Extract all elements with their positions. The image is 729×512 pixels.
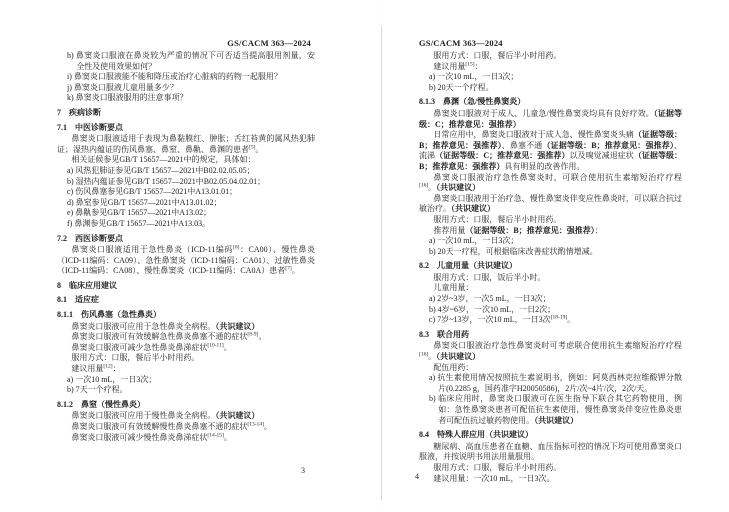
page-number: 4 [415, 472, 419, 481]
text-line: c) 伤风鼻塞参见GB/T 15657—2021中A13.01.01； [57, 187, 315, 198]
text-segment: 鼻窦炎口服液对于成人、儿童急/慢性鼻窦炎均具有良好疗效。 [433, 109, 653, 118]
text-segment: 。 [428, 183, 436, 192]
text-line: 建议用量[15]： [419, 62, 682, 73]
text-line: 鼻窦炎口服液适用于表现为鼻黏膜红、肿胀；舌红苔黄的属风热犯肺证；湿热内蕴证的伤风… [57, 134, 315, 155]
text-segment: i) 鼻窦炎口服液能不能和降压或治疗心脏病的药物一起服用？ [67, 72, 282, 81]
text-segment: （共识建议） [436, 183, 480, 192]
text-segment: 糖尿病、高血压患者在血糖、血压指标可控的情况下均可使用鼻窦炎口服液，并按说明书用… [419, 442, 682, 462]
text-line: 服用方式：口服，餐后半小时用药。 [57, 353, 315, 364]
reference-superscript: [13-14] [247, 421, 264, 427]
text-segment: 鼻窦炎口服液可应用于急性鼻炎全病程。 [71, 322, 215, 331]
text-line: b) 临床应用时，鼻窦炎口服液可在医生指导下联合其它药物使用，例如：急性鼻窦炎患… [419, 394, 682, 426]
text-segment: （共识建议） [215, 411, 259, 420]
text-segment: 7.1 中医诊断要点 [57, 123, 123, 132]
text-segment: b) 湿热内蕴证参见GB/T 15657—2021中B02.05.04.02.0… [67, 177, 265, 186]
section-heading: 8.1.1 伤风鼻塞（急性鼻炎） [57, 310, 315, 321]
text-line: a) 抗生素使用情况按照抗生素说明书，例如：阿莫西林克拉维酸钾分散片(0.228… [419, 373, 682, 394]
text-segment: c) 伤风鼻塞参见GB/T 15657—2021中A13.01.01； [67, 187, 237, 196]
text-line: b) 20天一疗程，可根据临床改善症状酌情增减。 [419, 247, 682, 258]
text-segment: 8.1.3 鼻渊（急/慢性鼻窦炎） [419, 97, 525, 106]
text-segment: 以及嗅觉减退症状 [570, 151, 634, 160]
text-segment: 8.3 联合用药 [419, 330, 469, 339]
text-segment: 服用方式：口服，餐后半小时用药。 [433, 215, 561, 224]
text-segment: 相关证候参见GB/T 15657—2021中的规定，具体如： [71, 155, 255, 164]
text-segment: 具有明显的改善作用。 [504, 162, 584, 171]
text-segment: a) 一次10 mL，一日3次； [67, 375, 156, 384]
reference-superscript: [14-15] [207, 432, 224, 438]
text-segment: 7 疾病诊断 [57, 108, 101, 117]
text-segment: 服用方式：口服，餐后半小时用药。 [433, 463, 561, 472]
section-heading: 8.4 特殊人群应用（共识建议） [419, 430, 682, 441]
text-line: h) 鼻窦炎口服液在鼻炎较为严重的情况下可否适当提高服用剂量，安全性及使用效果如… [57, 51, 315, 72]
text-line: 服用方式：口服，饭后半小时。 [419, 273, 682, 284]
text-line: 日常应用中，鼻窦炎口服液对于成人急、慢性鼻窦炎头痛（证据等级：B；推荐意见：强推… [419, 130, 682, 172]
text-segment: （证据等级：C；推荐意见：强推荐） [435, 151, 569, 160]
text-segment: h) 鼻窦炎口服液在鼻炎较为严重的情况下可否适当提高服用剂量，安全性及使用效果如… [67, 51, 315, 71]
text-line: 相关证候参见GB/T 15657—2021中的规定，具体如： [57, 155, 315, 166]
text-line: 鼻窦炎口服液治疗急性鼻窦炎时可考虑联合使用抗生素缩短治疗疗程[16]。（共识建议… [419, 341, 682, 362]
text-line: c) 7岁~13岁，一次10 mL，一日3次[18-19]。 [419, 315, 682, 326]
text-segment: 。 [428, 352, 436, 361]
text-segment: 服用方式：口服，餐后半小时用药。 [71, 353, 199, 362]
text-line: 配伍用药： [419, 363, 682, 374]
section-heading: 7 疾病诊断 [57, 108, 315, 119]
text-segment: （证据等级：B；推荐意见：强推荐） [542, 141, 674, 150]
reference-superscript: [16] [419, 182, 428, 188]
text-segment: 。 [258, 332, 266, 341]
text-segment: （共识建议） [534, 416, 578, 425]
text-line: d) 鼻窒参见GB/T 15657—2021中A13.01.02； [57, 198, 315, 209]
text-segment: （共识建议） [436, 352, 480, 361]
text-segment: 建议用量 [433, 62, 465, 71]
reference-superscript: [18-19] [551, 315, 568, 321]
text-segment: 日常应用中，鼻窦炎口服液对于成人急、慢性鼻窦炎头痛 [433, 130, 634, 139]
running-header: GS/CACM 363—2024 [382, 38, 729, 48]
text-segment: 。 [292, 266, 300, 275]
text-line: a) 风热犯肺证参见GB/T 15657—2021中B02.02.05.05； [57, 166, 315, 177]
section-heading: 7.1 中医诊断要点 [57, 123, 315, 134]
text-line: k) 鼻窦炎口服液服用的注意事项？ [57, 93, 315, 104]
reference-superscript: [12] [103, 363, 112, 369]
page-number: 3 [301, 466, 305, 475]
text-line: 建议用量：一次10 mL，一日3次。 [419, 474, 682, 485]
text-segment: 。 [567, 315, 575, 324]
text-line: b) 20天一个疗程。 [419, 83, 682, 94]
reference-superscript: [15] [465, 61, 474, 67]
text-segment: 、鼻塞不通 [502, 141, 543, 150]
text-segment: 8.2 儿童用量（共识建议） [419, 261, 517, 270]
text-line: a) 2岁~3岁，一次5 mL，一日3次； [419, 294, 682, 305]
running-header: GS/CACM 363—2024 [0, 38, 381, 48]
text-segment: b) 4岁~6岁，一次10 mL，一日2次； [429, 305, 555, 314]
text-segment: ： [595, 226, 603, 235]
text-line: 鼻窦炎口服液可应用于慢性鼻炎全病程。（共识建议） [57, 411, 315, 422]
text-segment: （证据等级：B；推荐意见：强推荐） [465, 226, 594, 235]
text-line: i) 鼻窦炎口服液能不能和降压或治疗心脏病的药物一起服用？ [57, 72, 315, 83]
document-viewer: { "document": { "code": "GS/CACM 363—202… [0, 0, 729, 512]
text-segment: 配伍用药： [433, 363, 473, 372]
text-segment: 。 [224, 433, 232, 442]
text-line: 糖尿病、高血压患者在血糖、血压指标可控的情况下均可使用鼻窦炎口服液，并按说明书用… [419, 442, 682, 463]
text-segment: 鼻窦炎口服液可减少急性鼻炎鼻涕症状 [71, 343, 207, 352]
text-segment: （共识建议） [451, 204, 495, 213]
page-3: GS/CACM 363—2024 h) 鼻窦炎口服液在鼻炎较为严重的情况下可否适… [0, 0, 381, 512]
section-heading: 7.2 西医诊断要点 [57, 234, 315, 245]
text-segment: j) 鼻窦炎口服液儿童用量多少？ [67, 83, 178, 92]
text-line: 鼻窦炎口服液对于成人、儿童急/慢性鼻窦炎均具有良好疗效。（证据等级：C；推荐意见… [419, 109, 682, 130]
text-segment: 。 [264, 422, 272, 431]
section-heading: 8.3 联合用药 [419, 330, 682, 341]
section-heading: 8.2 儿童用量（共识建议） [419, 261, 682, 272]
section-heading: 8 临床应用建议 [57, 281, 315, 292]
text-segment: 鼻窦炎口服液治疗急性鼻窦炎时，可联合使用抗生素缩短治疗疗程 [433, 173, 682, 182]
reference-superscript: [8-9] [247, 332, 258, 338]
text-segment: b) 20天一个疗程。 [429, 83, 494, 92]
text-segment: 。 [224, 343, 232, 352]
text-segment: a) 2岁~3岁，一次5 mL，一日3次； [429, 294, 551, 303]
section-heading: 8.1.2 鼻窒（慢性鼻炎） [57, 400, 315, 411]
text-line: 鼻窦炎口服液可有效缓解慢性鼻炎鼻塞不通的症状[13-14]。 [57, 422, 315, 433]
text-line: 服用方式：口服，餐后半小时用药。 [419, 215, 682, 226]
text-line: a) 一次10 mL，一日3次； [419, 236, 682, 247]
text-segment: 鼻窦炎口服液可减少慢性鼻炎鼻涕症状 [71, 433, 207, 442]
text-segment: 。 [255, 145, 263, 154]
text-segment: b) 7天一个疗程。 [67, 385, 128, 394]
text-line: a) 一次10 mL，一日3次； [57, 375, 315, 386]
section-heading: 8.1.3 鼻渊（急/慢性鼻窦炎） [419, 97, 682, 108]
text-segment: f) 鼻渊参见GB/T 15657—2021中A13.03。 [67, 219, 210, 228]
text-segment: 建议用量 [71, 364, 103, 373]
text-segment: k) 鼻窦炎口服液服用的注意事项？ [67, 93, 188, 102]
text-segment: 鼻窦炎口服液可有效缓解慢性鼻炎鼻塞不通的症状 [71, 422, 247, 431]
text-segment: 8 临床应用建议 [57, 281, 117, 290]
text-segment: 儿童用量： [433, 283, 473, 292]
text-segment: ： [475, 62, 483, 71]
text-segment: b) 20天一疗程，可根据临床改善症状酌情增减。 [429, 247, 598, 256]
text-segment: e) 鼻鼽参见GB/T 15657—2021中A13.02； [67, 208, 211, 217]
text-line: 鼻窦炎口服液适用于急性鼻炎（ICD-11编码[6]：CA00）、慢性鼻炎（ICD… [57, 245, 315, 277]
text-line: 鼻窦炎口服液用于治疗急、慢性鼻窦炎伴变应性鼻炎时，可以联合抗过敏治疗。（共识建议… [419, 194, 682, 215]
text-segment: 服用方式：口服，餐后半小时用药。 [433, 51, 561, 60]
text-segment: a) 一次10 mL，一日3次； [429, 72, 518, 81]
text-line: 服用方式：口服，餐后半小时用药。 [419, 51, 682, 62]
text-segment: ： [113, 364, 121, 373]
text-line: e) 鼻鼽参见GB/T 15657—2021中A13.02； [57, 208, 315, 219]
text-line: 鼻窦炎口服液可有效缓解急性鼻炎鼻塞不通的症状[8-9]。 [57, 332, 315, 343]
text-segment: d) 鼻窒参见GB/T 15657—2021中A13.01.02； [67, 198, 222, 207]
text-segment: 建议用量：一次10 mL，一日3次。 [433, 474, 554, 483]
text-segment: 鼻窦炎口服液适用于表现为鼻黏膜红、肿胀；舌红苔黄的属风热犯肺证；湿热内蕴证的伤风… [57, 134, 315, 154]
text-segment: a) 抗生素使用情况按照抗生素说明书，例如：阿莫西林克拉维酸钾分散片(0.228… [429, 373, 682, 393]
page-4: GS/CACM 363—2024 服用方式：口服，餐后半小时用药。建议用量[15… [382, 0, 729, 512]
section-heading: 8.1 适应症 [57, 295, 315, 306]
text-line: j) 鼻窦炎口服液儿童用量多少？ [57, 83, 315, 94]
text-segment: 鼻窦炎口服液治疗急性鼻窦炎时可考虑联合使用抗生素缩短治疗疗程 [433, 341, 682, 350]
text-line: 儿童用量： [419, 283, 682, 294]
text-line: 建议用量[12]： [57, 364, 315, 375]
reference-superscript: [16] [419, 351, 428, 357]
text-line: 鼻窦炎口服液可减少急性鼻炎鼻涕症状[10-11]。 [57, 343, 315, 354]
text-segment: a) 一次10 mL，一日3次； [429, 236, 518, 245]
text-segment: c) 7岁~13岁，一次10 mL，一日3次 [429, 315, 551, 324]
text-segment: 鼻窦炎口服液可有效缓解急性鼻炎鼻塞不通的症状 [71, 332, 247, 341]
text-line: 服用方式：口服，餐后半小时用药。 [419, 463, 682, 474]
text-line: 鼻窦炎口服液可减少慢性鼻炎鼻涕症状[14-15]。 [57, 433, 315, 444]
text-segment: 8.1.1 伤风鼻塞（急性鼻炎） [57, 310, 161, 319]
text-line: b) 湿热内蕴证参见GB/T 15657—2021中B02.05.04.02.0… [57, 177, 315, 188]
text-segment: 8.4 特殊人群应用（共识建议） [419, 430, 533, 439]
text-line: 鼻窦炎口服液可应用于急性鼻炎全病程。（共识建议） [57, 322, 315, 333]
text-segment: 7.2 西医诊断要点 [57, 234, 123, 243]
text-line: f) 鼻渊参见GB/T 15657—2021中A13.03。 [57, 219, 315, 230]
text-segment: （共识建议） [215, 322, 259, 331]
text-line: b) 7天一个疗程。 [57, 385, 315, 396]
text-segment: 服用方式：口服，饭后半小时。 [433, 273, 545, 282]
text-line: 推荐用量（证据等级：B；推荐意见：强推荐）： [419, 226, 682, 237]
page-body: 服用方式：口服，餐后半小时用药。建议用量[15]：a) 一次10 mL，一日3次… [382, 51, 729, 484]
text-segment: 鼻窦炎口服液可应用于慢性鼻炎全病程。 [71, 411, 215, 420]
text-line: a) 一次10 mL，一日3次； [419, 72, 682, 83]
text-segment: 鼻窦炎口服液适用于急性鼻炎（ICD-11编码 [71, 245, 233, 254]
text-segment: 推荐用量 [433, 226, 465, 235]
text-segment: a) 风热犯肺证参见GB/T 15657—2021中B02.02.05.05； [67, 166, 255, 175]
text-segment: 8.1 适应症 [57, 295, 99, 304]
text-segment: 8.1.2 鼻窒（慢性鼻炎） [57, 400, 145, 409]
text-line: 鼻窦炎口服液治疗急性鼻窦炎时，可联合使用抗生素缩短治疗疗程[16]。（共识建议） [419, 173, 682, 194]
page-body: h) 鼻窦炎口服液在鼻炎较为严重的情况下可否适当提高服用剂量，安全性及使用效果如… [0, 51, 381, 443]
reference-superscript: [10-11] [207, 342, 223, 348]
